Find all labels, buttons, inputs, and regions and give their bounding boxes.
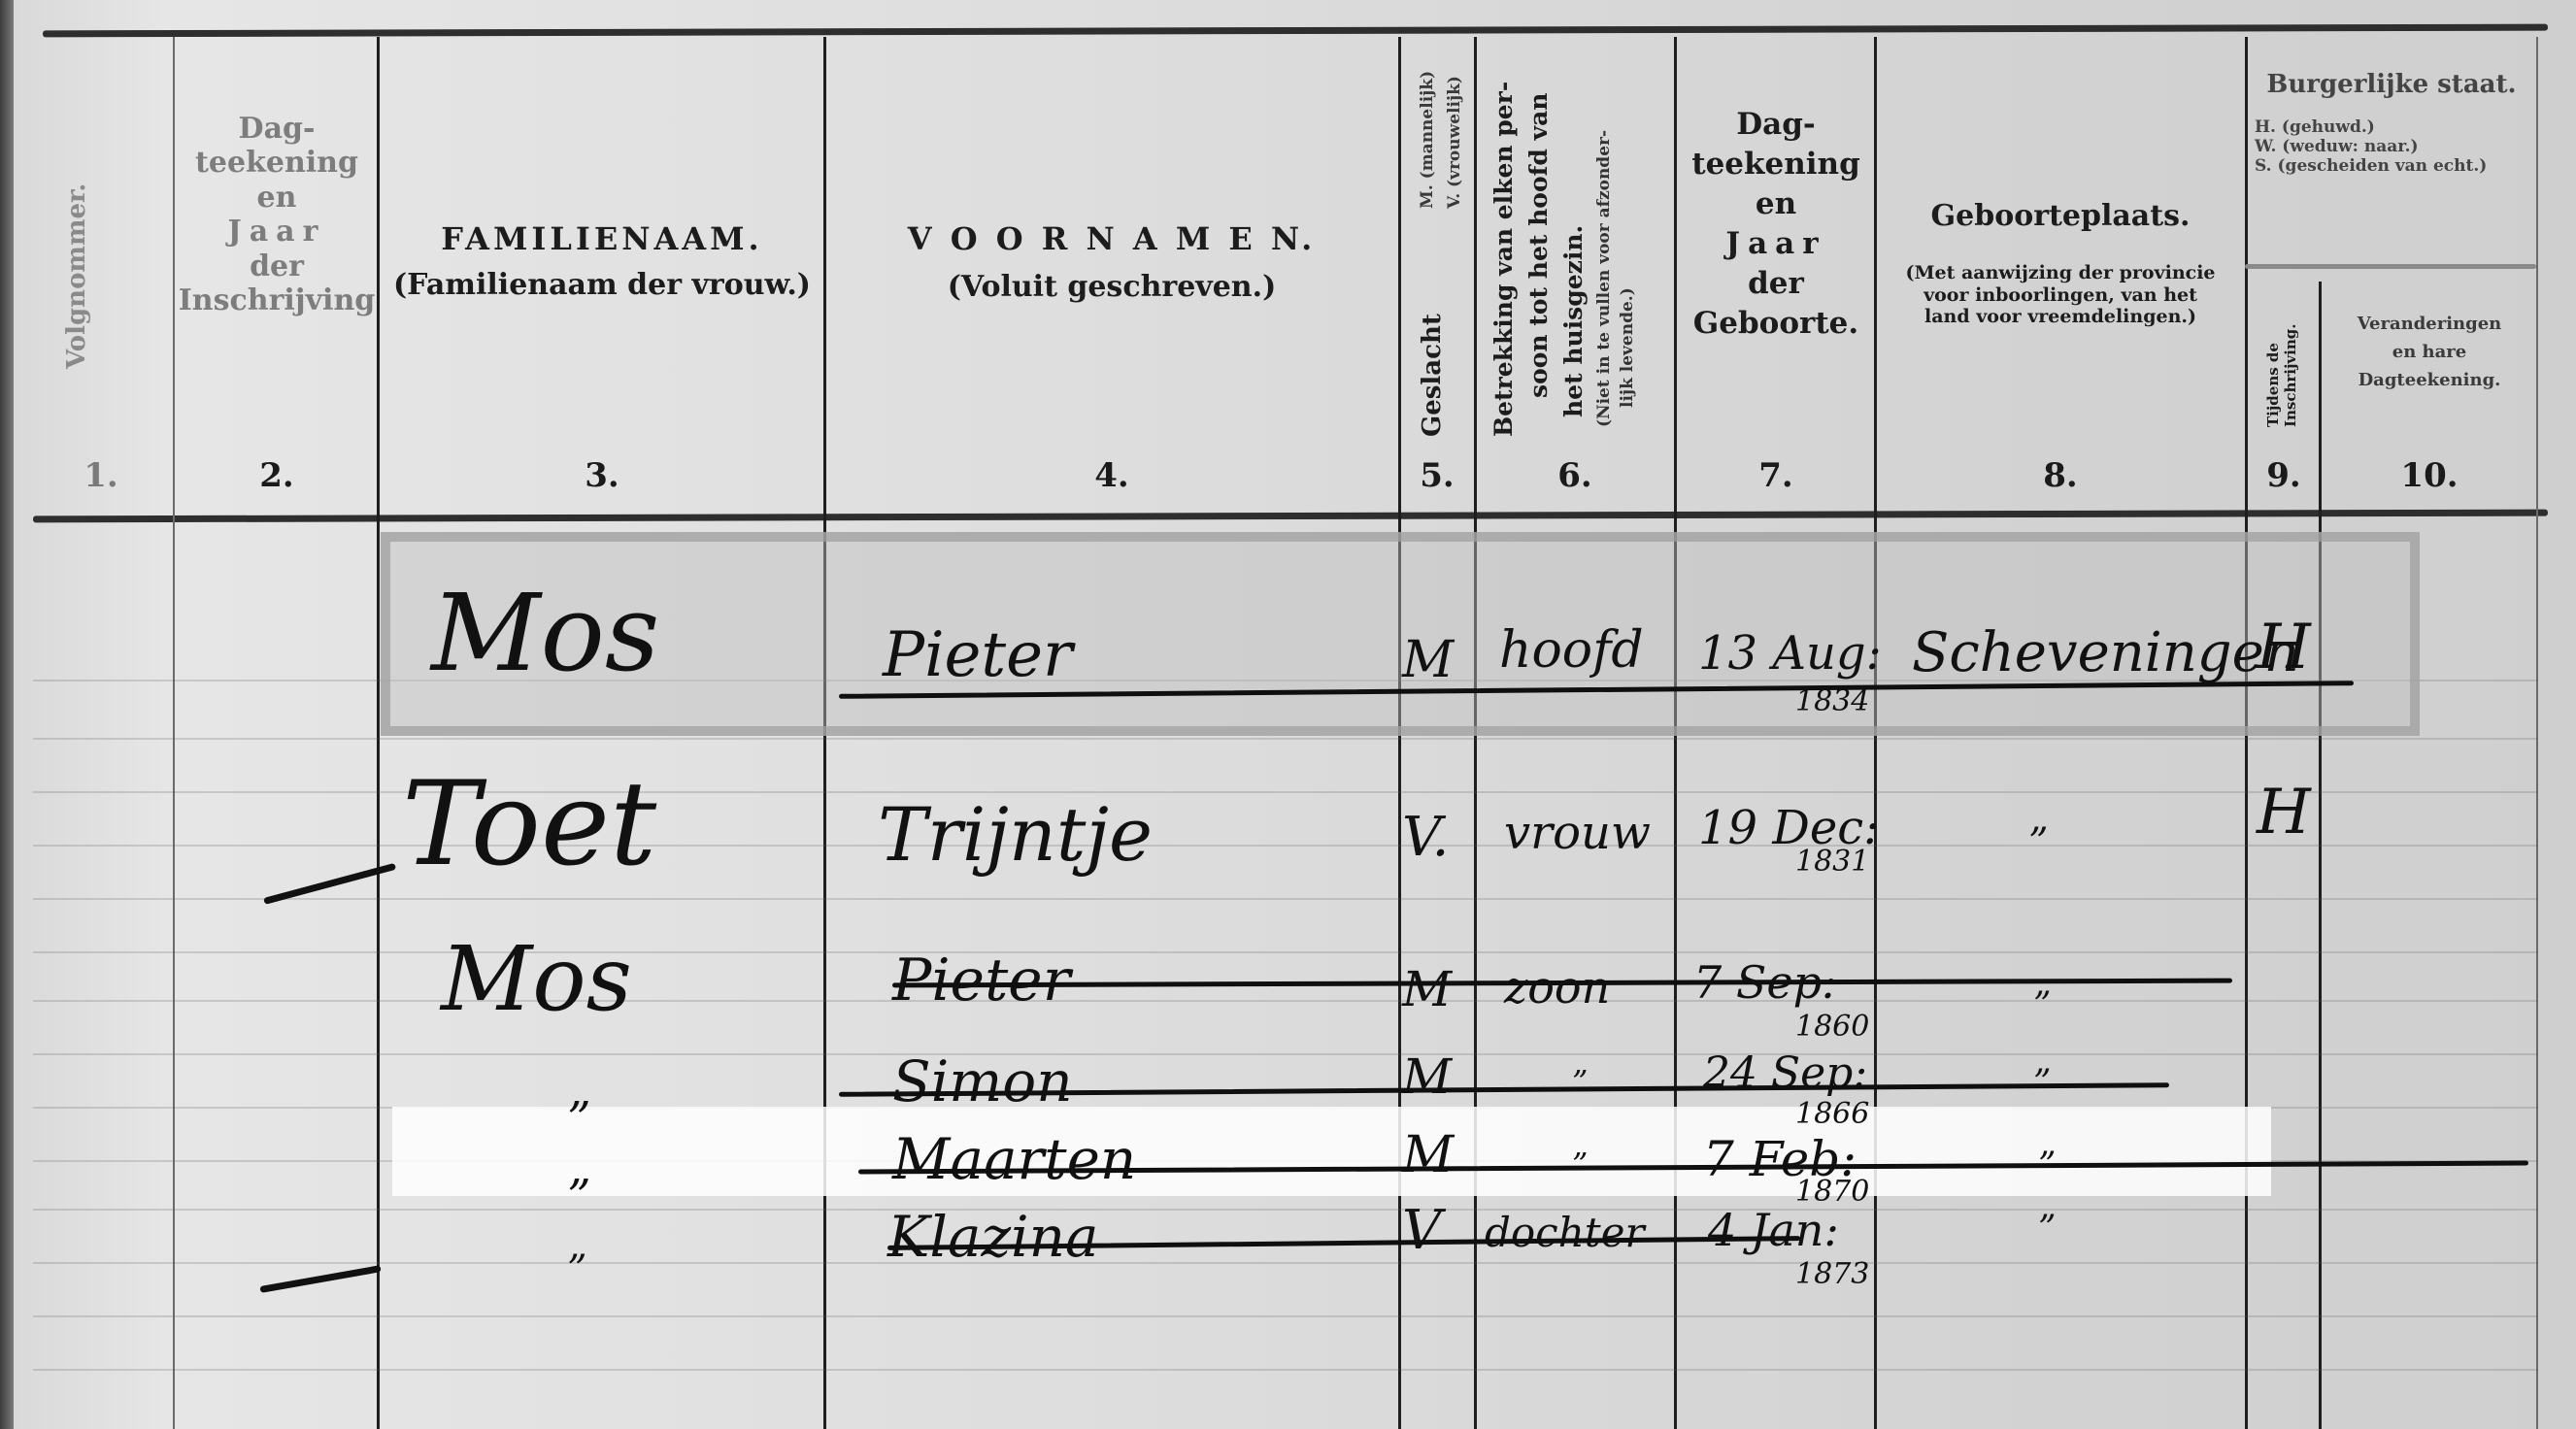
cell-betrekking: hoofd <box>1499 621 1644 680</box>
header-dagteekening-geboorte: Dag- teekening en Jaar der Geboorte. <box>1676 105 1876 343</box>
cell-geboorte-dag: 13 Aug: <box>1698 626 1882 681</box>
cell-familienaam: Mos <box>441 927 632 1031</box>
cell-geboorte-jaar: 1860 <box>1795 1010 1869 1044</box>
cell-geboorteplaats: Scheveningen <box>1912 621 2299 684</box>
header-line: Dag- <box>1676 105 1876 145</box>
header-line: Dag- <box>175 112 379 146</box>
col-number-7: 7. <box>1676 456 1876 495</box>
header-geslacht: Geslacht <box>1418 314 1447 437</box>
page-edge-shadow <box>0 0 14 1429</box>
header-line: en <box>175 181 379 215</box>
register-page: Volgnommer. 1. Dag- teekening en Jaar de… <box>14 0 2576 1429</box>
header-geslacht-m: M. (mannelijk) <box>1418 71 1437 209</box>
cell-voornamen: Pieter <box>892 947 1070 1014</box>
col-number-1: 1. <box>33 456 169 495</box>
col-number-4: 4. <box>825 456 1398 495</box>
cell-geboorteplaats: ” <box>2028 820 2048 865</box>
ruled-line <box>33 738 2538 740</box>
header-betrekking-2: soon tot het hoofd van <box>1524 93 1553 398</box>
cell-geboorte-jaar: 1866 <box>1795 1097 1869 1131</box>
highlight-band-row-5 <box>392 1107 2271 1196</box>
legend-gehuwd: H. (gehuwd.) <box>2247 117 2536 137</box>
header-betrekking-5: lijk levende.) <box>1618 287 1637 408</box>
header-voornamen: V O O R N A M E N. (Voluit geschreven.) <box>825 221 1398 304</box>
header-subtitle: (Voluit geschreven.) <box>825 270 1398 304</box>
cell-geboorte-jaar: 1831 <box>1795 845 1869 879</box>
cell-burgerlijke-staat: H <box>2257 777 2311 848</box>
legend-weduw: W. (weduw: naar.) <box>2247 137 2536 156</box>
cell-familienaam: Toet <box>402 757 656 892</box>
header-tijdens-inschrijving: Tijdens de Inschrijving. <box>2264 272 2299 427</box>
header-volgnommer: Volgnommer. <box>62 183 91 369</box>
cell-geboorteplaats: ” <box>2033 985 2051 1025</box>
header-subtitle-line: voor inboorlingen, van het <box>1876 284 2245 306</box>
header-line: teekening <box>175 146 379 180</box>
ruled-line <box>33 1315 2538 1317</box>
header-line: en <box>1676 184 1876 224</box>
top-rule <box>43 24 2548 38</box>
col-number-6: 6. <box>1476 456 1674 495</box>
cell-familienaam: Mos <box>431 571 659 695</box>
col-number-10: 10. <box>2323 456 2536 495</box>
ruled-line <box>33 1369 2538 1371</box>
cell-geslacht: M <box>1402 1048 1452 1105</box>
header-line: Dagteekening. <box>2323 367 2536 395</box>
ruled-line <box>33 1053 2538 1055</box>
header-title: Geboorteplaats. <box>1876 199 2245 233</box>
ruled-line <box>33 1262 2538 1264</box>
cell-geslacht: M <box>1402 961 1452 1017</box>
cell-voornamen: Simon <box>892 1048 1073 1114</box>
header-betrekking-4: (Niet in te vullen voor afzonder- <box>1594 130 1614 427</box>
header-line: der <box>1676 264 1876 304</box>
col-number-9: 9. <box>2247 456 2321 495</box>
right-border <box>2536 37 2538 1429</box>
header-line: Veranderingen <box>2323 311 2536 339</box>
cell-betrekking: dochter <box>1485 1209 1645 1256</box>
cell-betrekking: ” <box>1572 1063 1588 1100</box>
cell-voornamen: Pieter <box>883 619 1073 691</box>
header-line: Inschrijving <box>175 283 379 317</box>
ruled-line <box>33 898 2538 900</box>
header-line: Geboorte. <box>1676 304 1876 344</box>
cell-voornamen: Maarten <box>892 1126 1136 1192</box>
ruled-line <box>33 1209 2538 1211</box>
header-subtitle: (Familienaam der vrouw.) <box>379 268 825 302</box>
legend-gescheiden: S. (gescheiden van echt.) <box>2247 156 2536 176</box>
ruled-line <box>33 1000 2538 1002</box>
header-geslacht-v: V. (vrouwelijk) <box>1445 76 1464 209</box>
header-burgerlijke-staat: Burgerlijke staat. H. (gehuwd.) W. (wedu… <box>2247 70 2536 176</box>
header-betrekking-3: het huisgezin. <box>1559 225 1588 417</box>
header-line: en hare <box>2323 339 2536 367</box>
header-title: Burgerlijke staat. <box>2247 70 2536 100</box>
header-familienaam: FAMILIENAAM. (Familienaam der vrouw.) <box>379 221 825 302</box>
cell-familienaam: ” <box>567 1092 591 1147</box>
cell-geslacht: V <box>1402 1199 1441 1262</box>
header-bottom-rule <box>33 510 2548 523</box>
col-divider-9-10 <box>2319 282 2322 1429</box>
cell-burgerlijke-staat: H <box>2257 612 2311 683</box>
ditto-mark: ” <box>567 1247 586 1292</box>
ruled-line <box>33 951 2538 953</box>
cell-geslacht: M <box>1402 631 1454 689</box>
header-title: FAMILIENAAM. <box>379 221 825 258</box>
col-number-8: 8. <box>1876 456 2245 495</box>
header-dagteekening-inschrijving: Dag- teekening en Jaar der Inschrijving <box>175 112 379 317</box>
header-line: Jaar <box>175 215 379 249</box>
cell-geslacht: M <box>1402 1126 1454 1184</box>
col-number-3: 3. <box>379 456 825 495</box>
cell-geboorte-dag: 4 Jan: <box>1708 1204 1839 1256</box>
cell-voornamen: Trijntje <box>878 791 1153 878</box>
col-number-5: 5. <box>1400 456 1474 495</box>
col-number-2: 2. <box>175 456 379 495</box>
cell-betrekking: vrouw <box>1504 806 1651 860</box>
cell-geslacht: V. <box>1402 806 1449 869</box>
burgerlijke-staat-divider <box>2245 264 2536 269</box>
header-line: Jaar <box>1676 224 1876 264</box>
cell-familienaam: ” <box>567 1170 591 1224</box>
cell-geboorteplaats: ” <box>2038 1209 2056 1248</box>
ditto-dash <box>259 1265 381 1293</box>
cell-voornamen: Klazina <box>887 1204 1099 1270</box>
header-betrekking-1: Betrekking van elken per- <box>1489 82 1518 437</box>
header-geboorteplaats: Geboorteplaats. (Met aanwijzing der prov… <box>1876 199 2245 328</box>
cell-geboorte-jaar: 1873 <box>1795 1257 1869 1291</box>
header-veranderingen: Veranderingen en hare Dagteekening. <box>2323 311 2536 394</box>
cell-betrekking: ” <box>1572 1146 1588 1182</box>
header-title: V O O R N A M E N. <box>825 221 1398 258</box>
cell-betrekking: zoon <box>1504 961 1610 1014</box>
header-line: teekening <box>1676 145 1876 184</box>
header-subtitle-line: land voor vreemdelingen.) <box>1876 306 2245 327</box>
header-line: der <box>175 249 379 283</box>
header-subtitle-line: (Met aanwijzing der provincie <box>1876 262 2245 283</box>
